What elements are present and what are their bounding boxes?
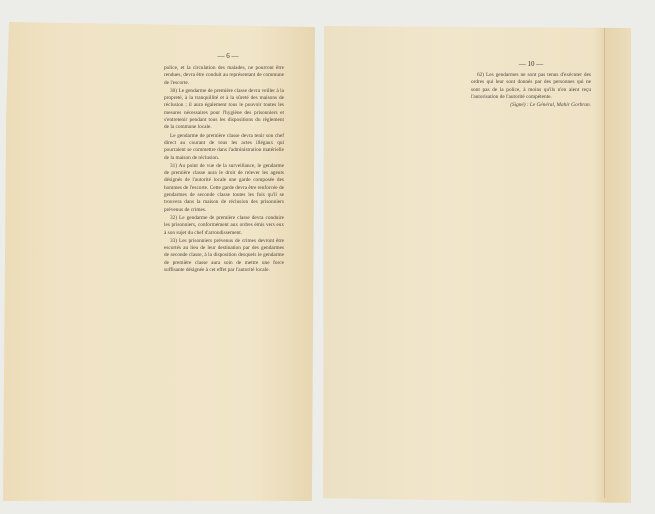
paragraph: police, et la circulation des malades, n… xyxy=(164,65,284,87)
page-number-right: — 10 — xyxy=(516,60,546,68)
page-number-left: — 6 — xyxy=(213,52,243,60)
paragraph: 62) Les gendarmes ne sont pas tenus d'ex… xyxy=(471,72,591,101)
page-body-right: 62) Les gendarmes ne sont pas tenus d'ex… xyxy=(471,72,591,109)
paragraph: 30) Le gendarme de première classe devra… xyxy=(164,88,284,132)
paragraph: 32) Le gendarme de première classe devra… xyxy=(164,215,284,237)
paragraph: Le gendarme de première classe devra ten… xyxy=(164,133,284,162)
paragraph: 33) Les prisonniers prévenus de crimes d… xyxy=(164,238,284,274)
signature-line: (Signé) : Le Général, Mahir Gorbran. xyxy=(471,102,591,109)
page-fold-crease xyxy=(604,28,605,498)
paragraph: 31) Au point de vue de la surveillance, … xyxy=(164,163,284,214)
page-body-left: police, et la circulation des malades, n… xyxy=(164,65,284,275)
